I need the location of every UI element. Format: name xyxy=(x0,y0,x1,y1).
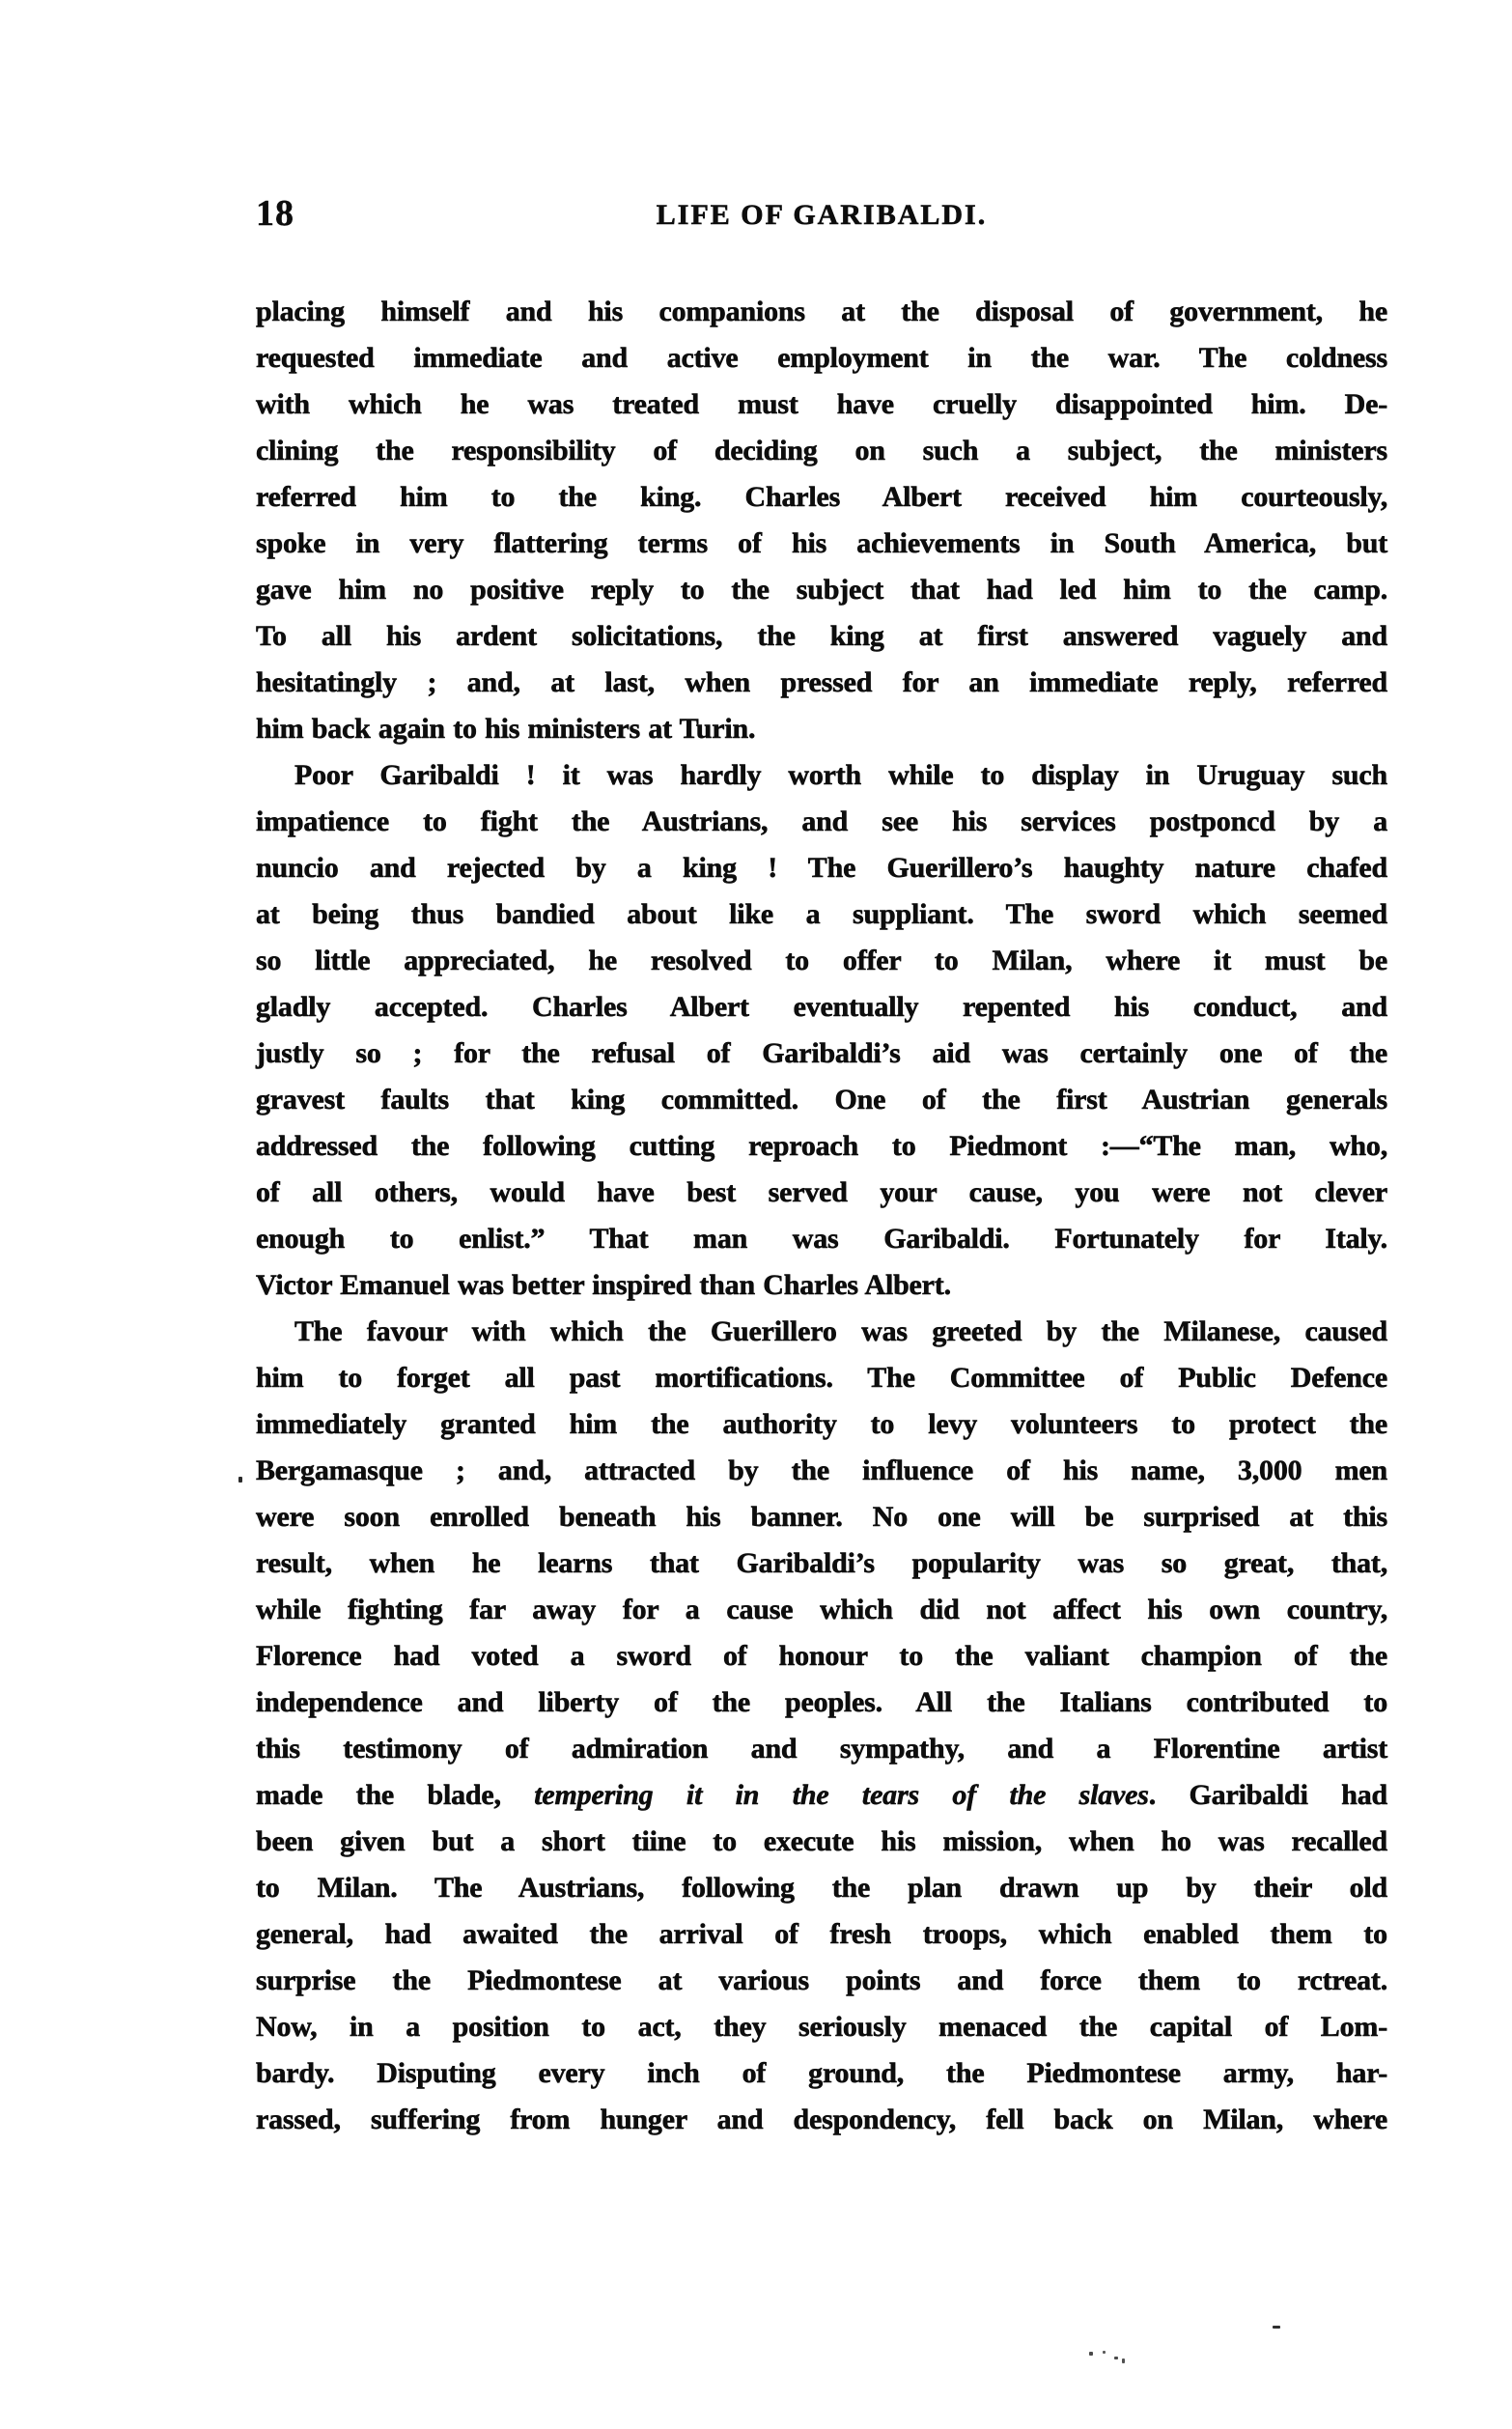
book-page: 18 LIFE OF GARIBALDI. placing himself an… xyxy=(0,0,1512,2429)
page-header: 18 LIFE OF GARIBALDI. xyxy=(256,193,1387,238)
text-segment: been given but a short tiine to execute … xyxy=(256,1825,1387,1857)
text-segment: at being thus bandied about like a suppl… xyxy=(256,898,1387,930)
text-segment: him back again to his ministers at Turin… xyxy=(256,713,755,745)
text-segment: . Garibaldi had xyxy=(1149,1779,1387,1811)
text-line: hesitatingly ; and, at last, when presse… xyxy=(256,660,1387,706)
text-segment: nuncio and rejected by a king ! The Guer… xyxy=(256,852,1387,884)
text-segment: independence and liberty of the peoples.… xyxy=(256,1686,1387,1718)
text-line: him to forget all past mortifications. T… xyxy=(256,1355,1387,1401)
text-line: Now, in a position to act, they seriousl… xyxy=(256,2004,1387,2050)
text-segment: Now, in a position to act, they seriousl… xyxy=(256,2011,1387,2043)
text-line: him back again to his ministers at Turin… xyxy=(256,706,1387,752)
page-number: 18 xyxy=(256,193,294,234)
text-line: with which he was treated must have crue… xyxy=(256,381,1387,428)
text-segment: so little appreciated, he resolved to of… xyxy=(256,945,1387,976)
text-segment: him to forget all past mortifications. T… xyxy=(256,1362,1387,1394)
text-segment: general, had awaited the arrival of fres… xyxy=(256,1918,1387,1950)
text-segment: gravest faults that king committed. One … xyxy=(256,1084,1387,1116)
text-segment: with which he was treated must have crue… xyxy=(256,388,1387,420)
text-line: this testimony of admiration and sympath… xyxy=(256,1726,1387,1772)
text-segment: bardy. Disputing every inch of ground, t… xyxy=(256,2057,1387,2089)
text-segment: requested immediate and active employmen… xyxy=(256,342,1387,374)
text-line: The favour with which the Guerillero was… xyxy=(256,1309,1387,1355)
text-segment: were soon enrolled beneath his banner. N… xyxy=(256,1501,1387,1533)
text-segment: hesitatingly ; and, at last, when presse… xyxy=(256,666,1387,698)
text-segment: made the blade, xyxy=(256,1779,534,1811)
text-segment: addressed the following cutting reproach… xyxy=(256,1130,1387,1162)
italic-phrase: tempering it in the tears of the slaves xyxy=(534,1779,1148,1811)
text-segment: impatience to fight the Austrians, and s… xyxy=(256,805,1387,837)
text-segment: The favour with which the Guerillero was… xyxy=(294,1315,1387,1347)
scan-speck xyxy=(1273,2326,1280,2329)
text-segment: clining the responsibility of deciding o… xyxy=(256,435,1387,466)
text-line: spoke in very flattering terms of his ac… xyxy=(256,521,1387,567)
scan-speck xyxy=(1122,2358,1125,2363)
text-line: impatience to fight the Austrians, and s… xyxy=(256,799,1387,845)
text-segment: Florence had voted a sword of honour to … xyxy=(256,1640,1387,1672)
text-line: to Milan. The Austrians, following the p… xyxy=(256,1865,1387,1911)
text-line: so little appreciated, he resolved to of… xyxy=(256,938,1387,984)
text-line: were soon enrolled beneath his banner. N… xyxy=(256,1494,1387,1540)
text-segment: Poor Garibaldi ! it was hardly worth whi… xyxy=(294,759,1387,791)
text-line: at being thus bandied about like a suppl… xyxy=(256,891,1387,938)
text-segment: placing himself and his companions at th… xyxy=(256,296,1387,327)
text-segment: rassed, suffering from hunger and despon… xyxy=(256,2104,1387,2135)
text-segment: of all others, would have best served yo… xyxy=(256,1176,1387,1208)
text-line: while fighting far away for a cause whic… xyxy=(256,1587,1387,1633)
text-line: clining the responsibility of deciding o… xyxy=(256,428,1387,474)
text-segment: Victor Emanuel was better inspired than … xyxy=(256,1269,951,1301)
text-segment: enough to enlist.” That man was Garibald… xyxy=(256,1223,1387,1255)
text-segment: gave him no positive reply to the subjec… xyxy=(256,574,1387,606)
scan-speck xyxy=(1114,2357,1118,2359)
text-segment: result, when he learns that Garibaldi’s … xyxy=(256,1547,1387,1579)
text-line: rassed, suffering from hunger and despon… xyxy=(256,2097,1387,2143)
text-segment: Bergamasque ; and, attracted by the infl… xyxy=(256,1455,1387,1486)
text-segment: spoke in very flattering terms of his ac… xyxy=(256,527,1387,559)
text-line: requested immediate and active employmen… xyxy=(256,335,1387,381)
scan-speck xyxy=(1089,2352,1093,2356)
text-segment: gladly accepted. Charles Albert eventual… xyxy=(256,991,1387,1023)
text-line: justly so ; for the refusal of Garibaldi… xyxy=(256,1031,1387,1077)
text-line: independence and liberty of the peoples.… xyxy=(256,1680,1387,1726)
text-segment: while fighting far away for a cause whic… xyxy=(256,1594,1387,1625)
text-line: been given but a short tiine to execute … xyxy=(256,1819,1387,1865)
text-line: addressed the following cutting reproach… xyxy=(256,1123,1387,1170)
text-line: nuncio and rejected by a king ! The Guer… xyxy=(256,845,1387,891)
text-line: Victor Emanuel was better inspired than … xyxy=(256,1262,1387,1309)
text-line: Florence had voted a sword of honour to … xyxy=(256,1633,1387,1680)
text-line: result, when he learns that Garibaldi’s … xyxy=(256,1540,1387,1587)
text-segment: referred him to the king. Charles Albert… xyxy=(256,481,1387,513)
text-line: general, had awaited the arrival of fres… xyxy=(256,1911,1387,1958)
text-line: immediately granted him the authority to… xyxy=(256,1401,1387,1448)
text-line: bardy. Disputing every inch of ground, t… xyxy=(256,2050,1387,2097)
text-line: Bergamasque ; and, attracted by the infl… xyxy=(256,1448,1387,1494)
running-title: LIFE OF GARIBALDI. xyxy=(657,199,987,232)
text-line: gave him no positive reply to the subjec… xyxy=(256,567,1387,613)
text-line: enough to enlist.” That man was Garibald… xyxy=(256,1216,1387,1262)
scan-speck xyxy=(238,1477,242,1483)
text-segment: to Milan. The Austrians, following the p… xyxy=(256,1872,1387,1904)
text-segment: surprise the Piedmontese at various poin… xyxy=(256,1964,1387,1996)
text-line: of all others, would have best served yo… xyxy=(256,1170,1387,1216)
text-segment: immediately granted him the authority to… xyxy=(256,1408,1387,1440)
scan-speck xyxy=(1103,2351,1106,2354)
text-line: gravest faults that king committed. One … xyxy=(256,1077,1387,1123)
text-segment: justly so ; for the refusal of Garibaldi… xyxy=(256,1037,1387,1069)
text-line: To all his ardent solicitations, the kin… xyxy=(256,613,1387,660)
text-segment: To all his ardent solicitations, the kin… xyxy=(256,620,1387,652)
text-line: Poor Garibaldi ! it was hardly worth whi… xyxy=(256,752,1387,799)
text-line: referred him to the king. Charles Albert… xyxy=(256,474,1387,521)
text-line: placing himself and his companions at th… xyxy=(256,289,1387,335)
text-line: gladly accepted. Charles Albert eventual… xyxy=(256,984,1387,1031)
body-text: placing himself and his companions at th… xyxy=(256,289,1387,2143)
text-segment: this testimony of admiration and sympath… xyxy=(256,1733,1387,1765)
text-line: surprise the Piedmontese at various poin… xyxy=(256,1958,1387,2004)
text-line: made the blade, tempering it in the tear… xyxy=(256,1772,1387,1819)
